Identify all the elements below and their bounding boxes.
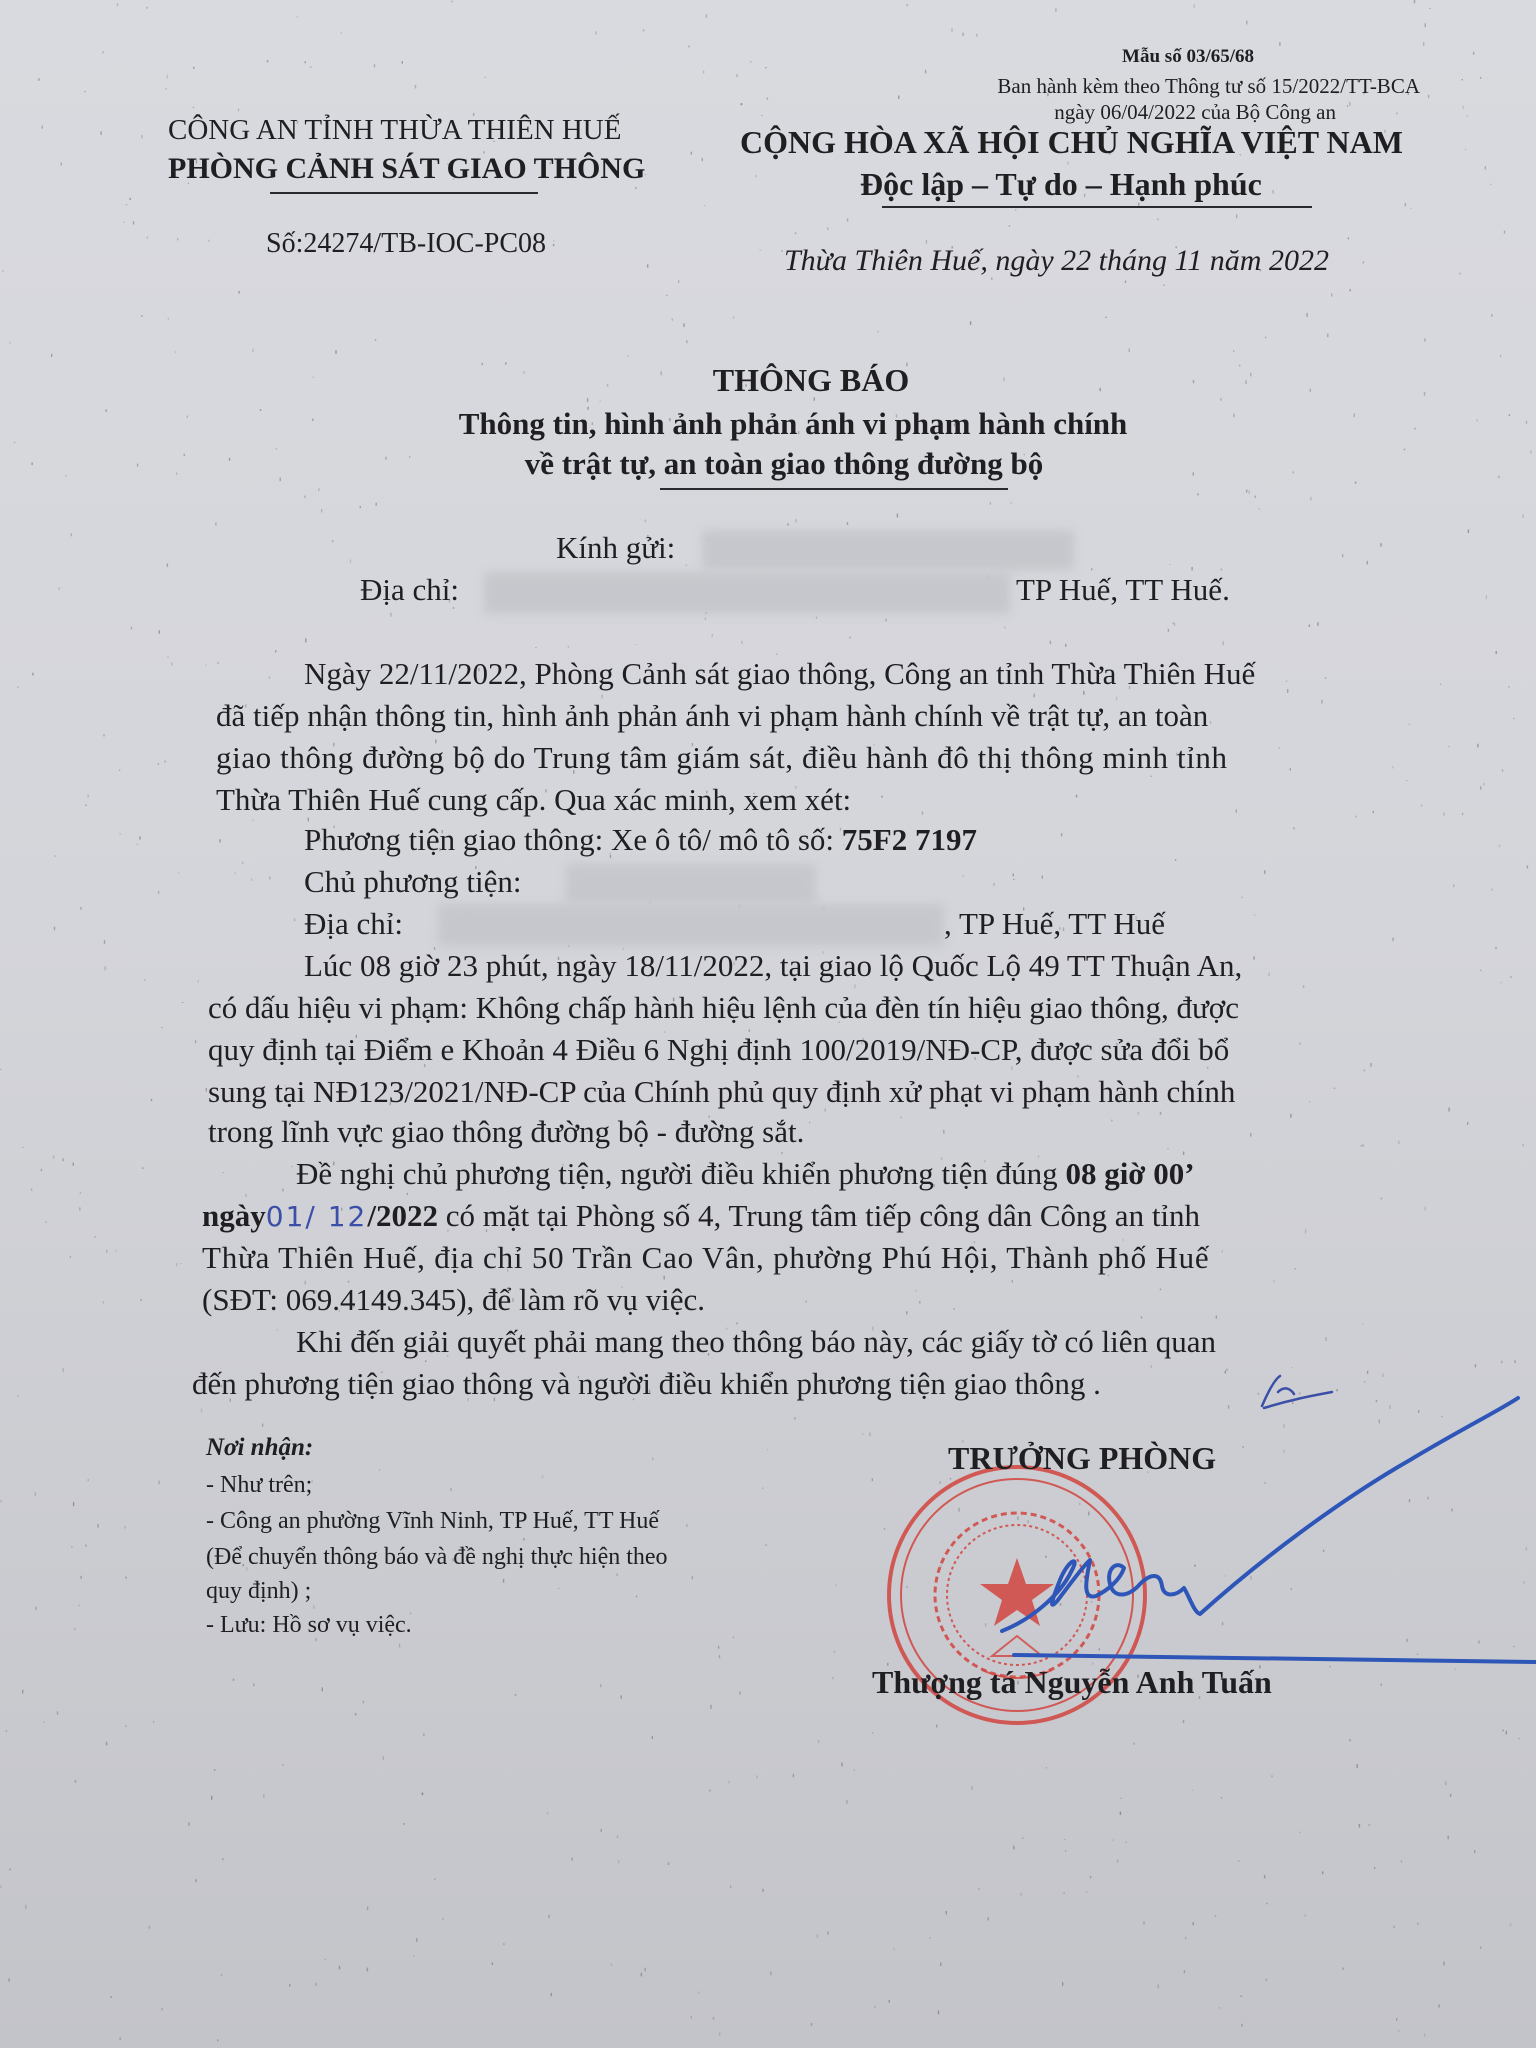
body-p4-line1: Khi đến giải quyết phải mang theo thông …: [296, 1324, 1216, 1360]
form-basis-line1: Ban hành kèm theo Thông tư số 15/2022/TT…: [997, 74, 1420, 99]
recipient-item: - Như trên;: [206, 1472, 312, 1499]
body-p2-line5: trong lĩnh vực giao thông đường bộ - đườ…: [208, 1114, 804, 1150]
recipient-item: (Để chuyển thông báo và đề nghị thực hiệ…: [206, 1544, 668, 1571]
recipient-item: - Công an phường Vĩnh Ninh, TP Huế, TT H…: [206, 1508, 659, 1535]
document-subtitle-line1: Thông tin, hình ảnh phản ánh vi phạm hàn…: [0, 406, 1536, 442]
owner-address-redacted: [438, 904, 944, 946]
appointment-year: /2022: [367, 1198, 438, 1233]
owner-label: Chủ phương tiện:: [304, 864, 521, 900]
vehicle-line: Phương tiện giao thông: Xe ô tô/ mô tô s…: [304, 822, 977, 858]
body-p2-line1: Lúc 08 giờ 23 phút, ngày 18/11/2022, tại…: [304, 948, 1242, 984]
notice-document: Mẫu số 03/65/68 Ban hành kèm theo Thông …: [0, 0, 1536, 2048]
recipient-address-label: Địa chỉ:: [360, 572, 459, 608]
body-p2-line2: có dấu hiệu vi phạm: Không chấp hành hiệ…: [208, 990, 1239, 1026]
place-date: Thừa Thiên Huế, ngày 22 tháng 11 năm 202…: [784, 244, 1329, 278]
body-p3-line4: (SĐT: 069.4149.345), để làm rõ vụ việc.: [202, 1282, 705, 1318]
body-p2-line4: sung tại NĐ123/2021/NĐ-CP của Chính phủ …: [208, 1074, 1235, 1110]
owner-address-label: Địa chỉ:: [304, 906, 403, 942]
form-basis-line2: ngày 06/04/2022 của Bộ Công an: [1054, 100, 1336, 125]
nation-title: CỘNG HÒA XÃ HỘI CHỦ NGHĨA VIỆT NAM: [740, 124, 1403, 161]
body-p4-line2: đến phương tiện giao thông và người điều…: [192, 1366, 1101, 1402]
body-p3-line3: Thừa Thiên Huế, địa chỉ 50 Trần Cao Vân,…: [202, 1240, 1210, 1276]
recipient-item: quy định) ;: [206, 1578, 311, 1605]
parent-agency: CÔNG AN TỈNH THỪA THIÊN HUẾ: [168, 114, 621, 147]
body-p3-line1: Đề nghị chủ phương tiện, người điều khiể…: [296, 1156, 1195, 1192]
handwritten-month: 12: [328, 1200, 368, 1233]
agency-underline: [270, 192, 538, 194]
recipient-name-redacted: [702, 530, 1074, 570]
appointment-time: 08 giờ 00’: [1065, 1156, 1194, 1191]
body-p1-line4: Thừa Thiên Huế cung cấp. Qua xác minh, x…: [216, 782, 851, 818]
appointment-location: có mặt tại Phòng số 4, Trung tâm tiếp cô…: [438, 1198, 1200, 1233]
recipient-address-redacted: [484, 572, 1010, 614]
recipients-title: Nơi nhận:: [206, 1434, 313, 1462]
body-p1-line2: đã tiếp nhận thông tin, hình ảnh phản án…: [216, 698, 1208, 734]
recipient-label: Kính gửi:: [556, 530, 675, 566]
owner-name-redacted: [566, 864, 816, 904]
vehicle-plate: 75F2 7197: [842, 822, 977, 857]
body-p1-line3: giao thông đường bộ do Trung tâm giám sá…: [216, 740, 1228, 776]
agency-name: PHÒNG CẢNH SÁT GIAO THÔNG: [168, 152, 645, 186]
signer-name: Thượng tá Nguyễn Anh Tuấn: [872, 1664, 1272, 1701]
body-p2-line3: quy định tại Điểm e Khoản 4 Điều 6 Nghị …: [208, 1032, 1229, 1068]
national-motto: Độc lập – Tự do – Hạnh phúc: [860, 166, 1262, 203]
appointment-request-text: Đề nghị chủ phương tiện, người điều khiể…: [296, 1156, 1065, 1191]
owner-address-tail: , TP Huế, TT Huế: [944, 906, 1165, 942]
body-p3-line2: ngày01/ 12/2022 có mặt tại Phòng số 4, T…: [202, 1198, 1200, 1234]
form-number: Mẫu số 03/65/68: [1122, 46, 1254, 68]
motto-underline: [882, 206, 1312, 208]
title-underline: [660, 488, 1008, 490]
handwritten-day: 01: [266, 1200, 306, 1233]
document-subtitle-line2: về trật tự, an toàn giao thông đường bộ: [0, 446, 1536, 482]
recipient-address-tail: TP Huế, TT Huế.: [1016, 572, 1230, 608]
document-title: THÔNG BÁO: [0, 362, 1536, 399]
appointment-day-label: ngày: [202, 1198, 266, 1233]
recipient-item: - Lưu: Hồ sơ vụ việc.: [206, 1612, 412, 1639]
body-p1-line1: Ngày 22/11/2022, Phòng Cảnh sát giao thô…: [304, 656, 1255, 692]
signer-title: TRƯỞNG PHÒNG: [948, 1440, 1216, 1477]
vehicle-label: Phương tiện giao thông: Xe ô tô/ mô tô s…: [304, 822, 842, 857]
document-number: Số:24274/TB-IOC-PC08: [266, 228, 546, 260]
